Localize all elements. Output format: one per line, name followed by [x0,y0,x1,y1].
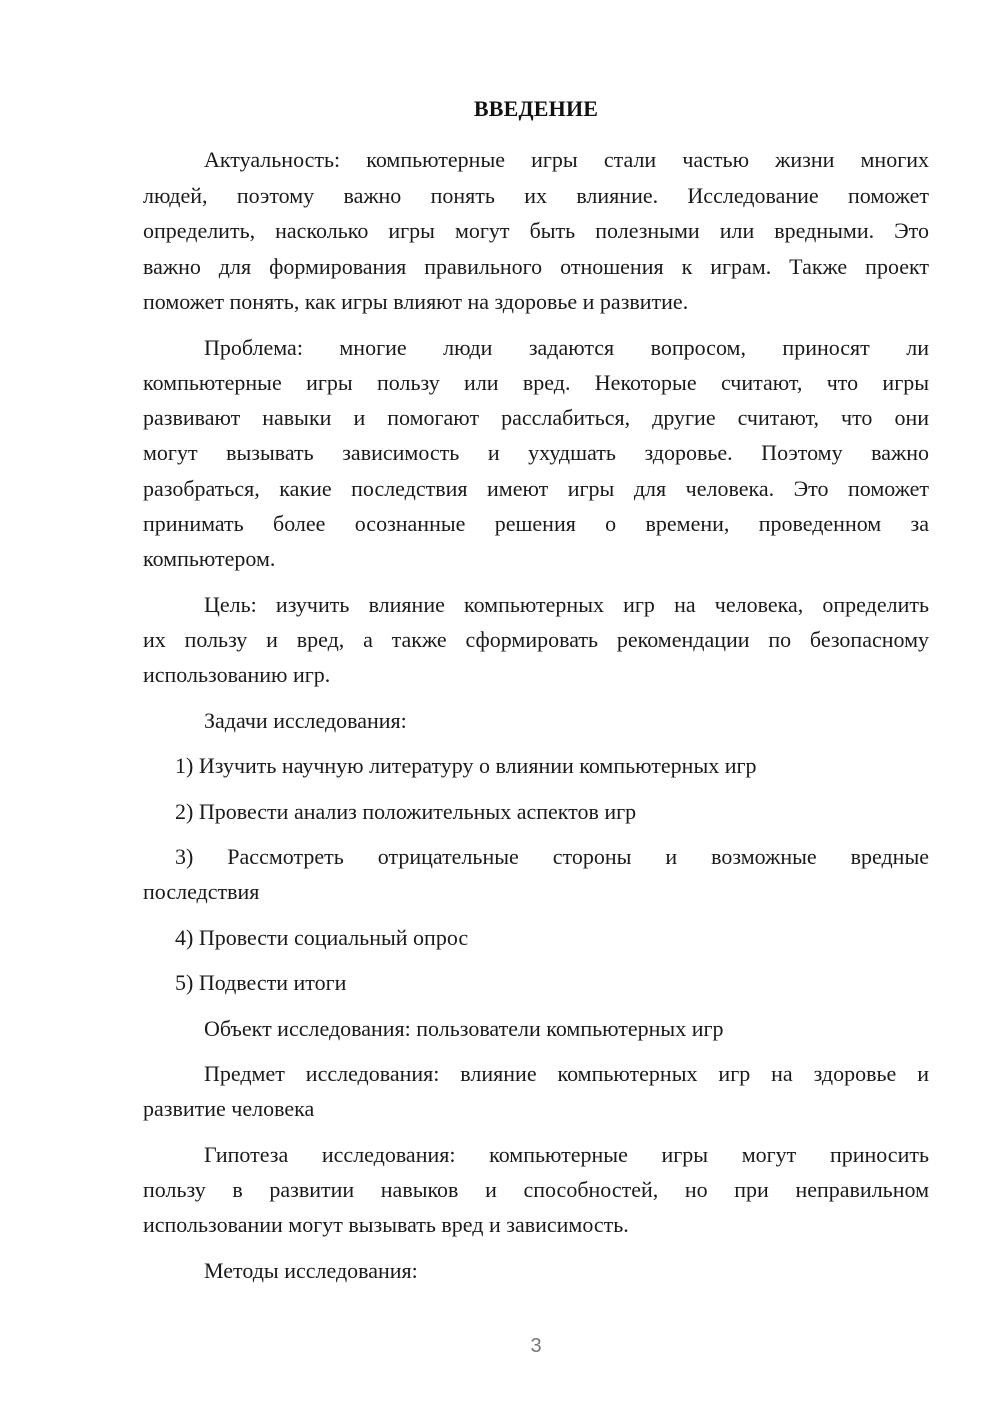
problem-line: могут вызывать зависимость и ухудшать зд… [143,438,929,468]
goal-line: использованию игр. [143,660,929,690]
relevance-line: определить, насколько игры могут быть по… [143,216,929,246]
tasks-heading: Задачи исследования: [204,706,929,736]
problem-line: компьютерные игры пользу или вред. Некот… [143,368,929,398]
goal-line: Цель: изучить влияние компьютерных игр н… [204,590,929,620]
task-item: 1) Изучить научную литературу о влиянии … [175,751,929,781]
task-item: 2) Провести анализ положительных аспекто… [175,797,929,827]
hypothesis-line: пользу в развитии навыков и способностей… [143,1175,929,1205]
subject-line: развитие человека [143,1094,929,1124]
relevance-line: важно для формирования правильного отнош… [143,252,929,282]
page-title: ВВЕДЕНИЕ [143,96,929,122]
hypothesis-line: Гипотеза исследования: компьютерные игры… [204,1140,929,1170]
relevance-line: Актуальность: компьютерные игры стали ча… [204,145,929,175]
task-item: 4) Провести социальный опрос [175,923,929,953]
task-item-continuation: последствия [143,877,929,907]
problem-line: Проблема: многие люди задаются вопросом,… [204,333,929,363]
problem-line: принимать более осознанные решения о вре… [143,509,929,539]
document-page: ВВЕДЕНИЕ Актуальность: компьютерные игры… [0,0,1000,1414]
relevance-line: поможет понять, как игры влияют на здоро… [143,287,929,317]
problem-line: компьютером. [143,544,929,574]
problem-line: развивают навыки и помогают расслабиться… [143,403,929,433]
subject-line: Предмет исследования: влияние компьютерн… [204,1059,929,1089]
task-item: 5) Подвести итоги [175,968,929,998]
methods-heading: Методы исследования: [204,1256,929,1286]
page-number: 3 [500,1335,572,1358]
object-line: Объект исследования: пользователи компью… [204,1014,929,1044]
task-item: 3) Рассмотреть отрицательные стороны и в… [175,842,929,872]
relevance-line: людей, поэтому важно понять их влияние. … [143,181,929,211]
goal-line: их пользу и вред, а также сформировать р… [143,625,929,655]
hypothesis-line: использовании могут вызывать вред и зави… [143,1210,929,1240]
problem-line: разобраться, какие последствия имеют игр… [143,474,929,504]
